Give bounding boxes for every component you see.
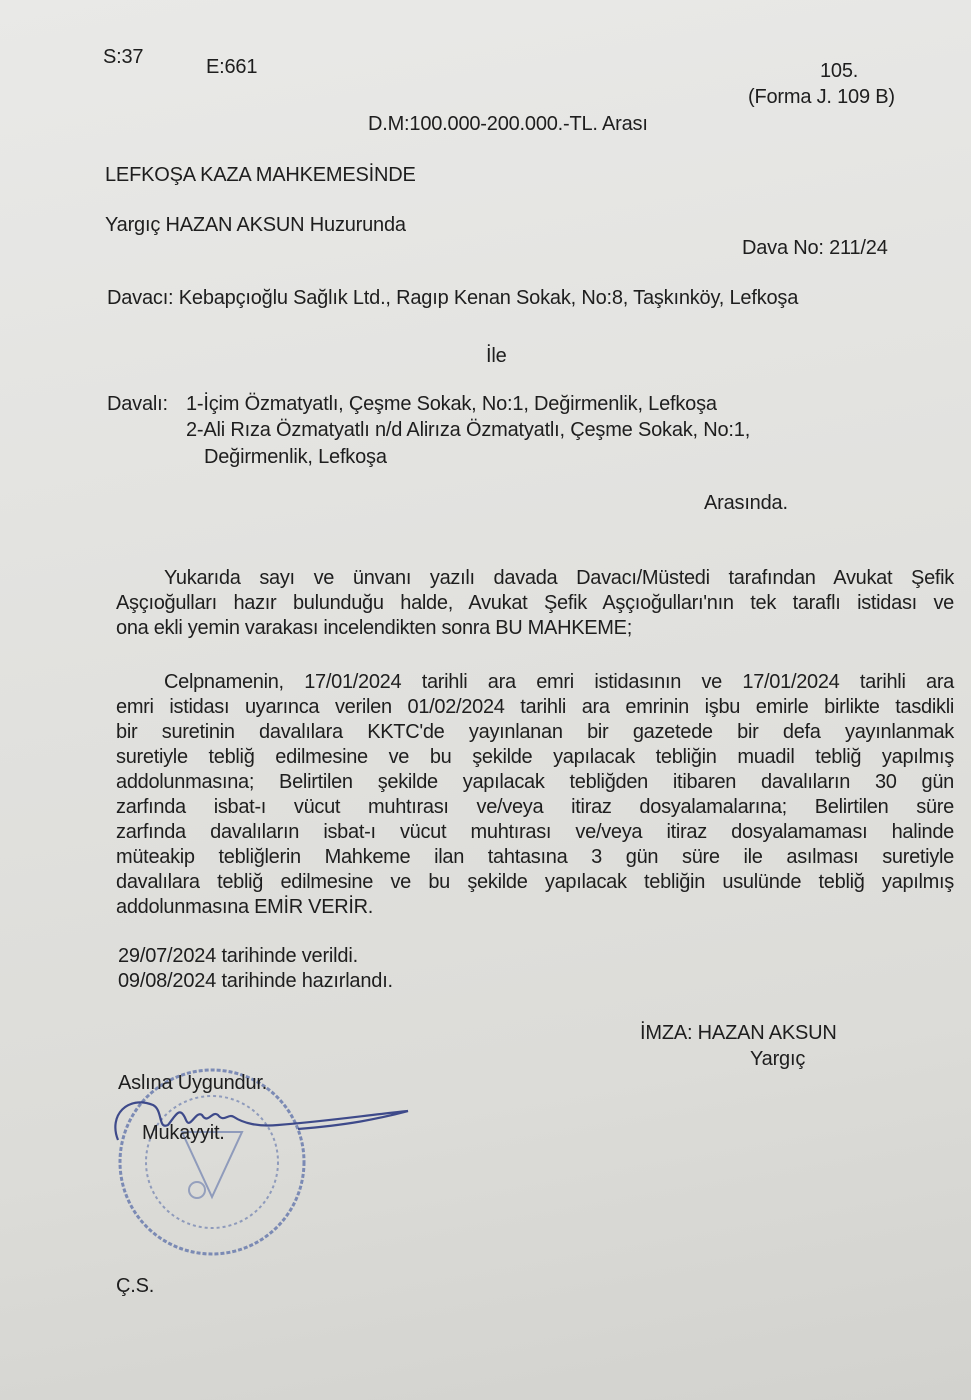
paragraph-line: Aşçıoğulları hazır bulunduğu halde, Avuk… — [116, 591, 954, 616]
judge-title: Yargıç — [750, 1048, 805, 1071]
paragraph-line: zarfında isbat-ı vücut muhtırası ve/veya… — [116, 795, 954, 820]
true-copy-label: Aslına Uygundur. — [118, 1072, 267, 1095]
registrar-label: Mukayyit. — [142, 1122, 225, 1145]
s-number: S:37 — [103, 46, 143, 69]
e-number: E:661 — [206, 56, 257, 79]
paragraph-line: Celpnamenin, 17/01/2024 tarihli ara emri… — [116, 670, 954, 695]
paragraph-line: ona ekli yemin varakası incelendikten so… — [116, 616, 954, 641]
paragraph-line: müteakip tebliğlerin Mahkeme ilan tahtas… — [116, 845, 954, 870]
paragraph-line: bir suretinin davalılara KKTC'de yayınla… — [116, 720, 954, 745]
paragraph-line: suretiyle tebliğ edilmesine ve bu şekild… — [116, 745, 954, 770]
defendant-2-line2: Değirmenlik, Lefkoşa — [204, 446, 387, 469]
paragraph-line: emri istidası uyarınca verilen 01/02/202… — [116, 695, 954, 720]
paragraph-line: addolunmasına EMİR VERİR. — [116, 895, 954, 920]
judge-line: Yargıç HAZAN AKSUN Huzurunda — [105, 214, 406, 237]
paragraph-line: Yukarıda sayı ve ünvanı yazılı davada Da… — [116, 566, 954, 591]
paragraph-line: zarfında davalıların isbat-ı vücut muhtı… — [116, 820, 954, 845]
date-given: 29/07/2024 tarihinde verildi. — [118, 945, 358, 968]
case-number: Dava No: 211/24 — [742, 237, 888, 260]
paragraph-line: davalılara tebliğ edilmesine ve bu şekil… — [116, 870, 954, 895]
defendant-2-line1: 2-Ali Rıza Özmatyatlı n/d Alirıza Özmaty… — [186, 419, 750, 442]
page-number: 105. — [820, 60, 858, 83]
between-text: Arasında. — [704, 492, 788, 515]
defendant-label: Davalı: — [107, 393, 168, 416]
dm-range: D.M:100.000-200.000.-TL. Arası — [368, 113, 648, 136]
initials: Ç.S. — [116, 1275, 154, 1298]
date-prepared: 09/08/2024 tarihinde hazırlandı. — [118, 970, 393, 993]
signature-label: İMZA: HAZAN AKSUN — [640, 1022, 837, 1045]
defendant-1: 1-İçim Özmatyatlı, Çeşme Sokak, No:1, De… — [186, 393, 717, 416]
form-reference: (Forma J. 109 B) — [748, 86, 895, 109]
paragraph-line: addolunmasına; Belirtilen şekilde yapıla… — [116, 770, 954, 795]
court-name: LEFKOŞA KAZA MAHKEMESİNDE — [105, 164, 416, 187]
connector-ile: İle — [486, 345, 507, 368]
plaintiff: Davacı: Kebapçıoğlu Sağlık Ltd., Ragıp K… — [107, 287, 798, 310]
paragraph-1: Yukarıda sayı ve ünvanı yazılı davada Da… — [116, 566, 954, 641]
paragraph-2: Celpnamenin, 17/01/2024 tarihli ara emri… — [116, 670, 954, 920]
